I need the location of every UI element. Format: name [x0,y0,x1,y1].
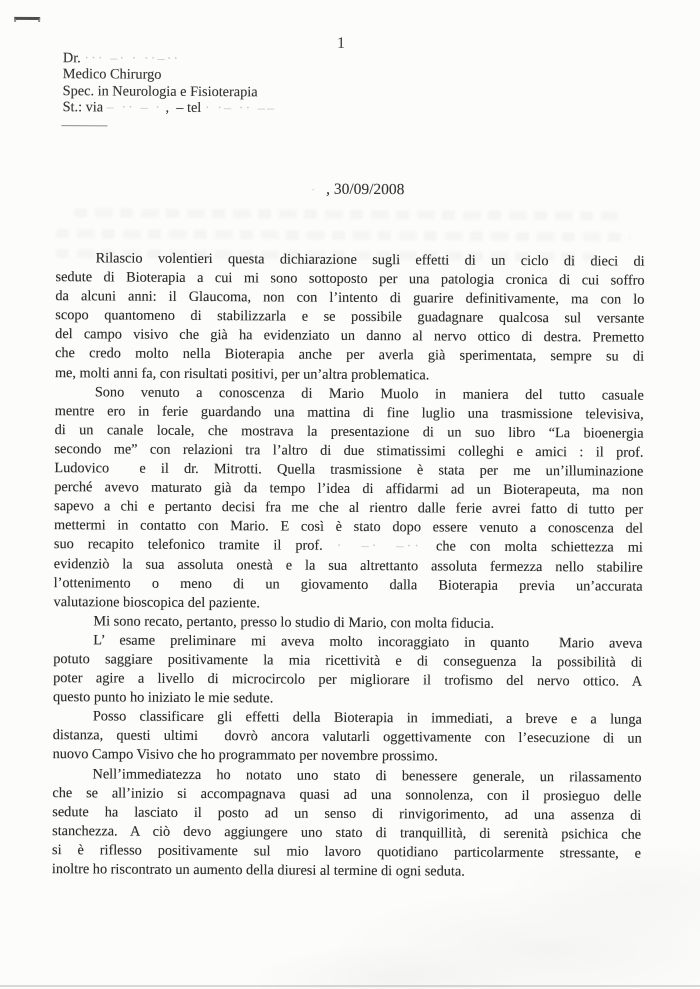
text-segment: suo recapito telefonico tramite il prof. [54,537,337,555]
text-segment: l’ottenimento o meno di un giovamento da… [54,575,643,595]
text-segment: evidenziò la sua assoluta onestà e la su… [54,556,643,576]
text-line: inoltre ho riscontrato un aumento della … [52,860,641,883]
scan-content: 1 Dr. ··· –· · ··–··Medico ChirurgoSpec.… [0,0,700,989]
text-segment: L’ esame preliminare mi aveva molto inco… [93,632,642,651]
text-segment: mentre ero in ferie guardando una mattin… [55,403,644,423]
text-segment: da alcuni anni: il Glaucoma, non con l’i… [55,288,644,308]
text-segment: Ludovico e il dr. Mitrotti. Quella trasm… [54,460,643,480]
paragraph: Posso classificare gli effetti della Bio… [53,707,642,768]
text-segment: di un canale locale, che mostrava la pre… [55,422,644,442]
text-line: Medico Chirurgo [63,66,277,84]
redacted-text: – ·· – · [107,99,162,115]
text-segment: questo punto ho iniziato le mie sedute. [53,689,273,706]
bleed-through-line [74,208,619,220]
text-segment: poter agire a livello di microcircolo pe… [53,670,642,690]
letterhead: Dr. ··· –· · ··–··Medico ChirurgoSpec. i… [63,50,277,116]
date-line: · , 30/09/2008 [311,181,404,200]
text-segment: me, molti anni fa, con risultati positiv… [55,365,429,383]
text-segment: Dr. [63,50,85,66]
text-segment: St.: via [63,99,107,115]
text-segment: potuto saggiare positivamente la mia ric… [53,651,642,671]
redacted-text: ··· –· · ··–·· [84,50,180,67]
paragraph: Rilascio volentieri questa dichiarazione… [55,249,645,386]
text-segment: che se all’inizio si accompagnava quasi … [52,785,641,805]
text-line: Dr. ··· –· · ··–·· [63,50,277,68]
body-text: Rilascio volentieri questa dichiarazione… [52,249,645,883]
text-segment: perché avevo maturato già da tempo l’ide… [54,479,643,499]
text-segment: sedute ha lasciato il posto ad un senso … [52,804,641,824]
paragraph: Sono venuto a conoscenza di Mario Muolo … [54,383,644,616]
redacted-text: · ·– ·· –– [205,100,276,116]
text-segment: stanchezza. A ciò devo aggiungere uno st… [52,823,641,843]
text-segment: Posso classificare gli effetti della Bio… [93,709,642,728]
text-segment: distanza, questi ultimi dovrò ancora val… [53,727,642,747]
redacted-city: · [311,183,326,197]
text-segment: secondo me” con relazioni tra l’altro di… [54,441,643,461]
text-segment: Sono venuto a conoscenza di Mario Muolo … [95,384,644,403]
text-segment: valutazione bioscopica del paziente. [54,594,261,611]
text-line: St.: via – ·· – · , – tel · ·– ·· –– [63,99,277,117]
text-segment: , – tel [162,100,205,116]
text-segment: mettermi in contatto con Mario. E così è… [54,517,643,537]
text-segment: che con molta schiettezza mi [422,539,643,556]
redacted-text: · –· –·· [337,538,422,555]
text-segment: Mi sono recato, pertanto, presso lo stud… [93,613,494,631]
scan-artifact-mark [14,17,40,22]
bleed-through-line [56,229,631,242]
text-segment: nuovo Campo Visivo che ho programmato pe… [53,747,438,765]
text-segment: che credo molto nella Bioterapia anche p… [55,346,644,366]
text-segment: inoltre ho riscontrato un aumento della … [52,861,465,880]
text-segment: Medico Chirurgo [63,66,162,83]
text-segment: sapevo a chi e pertanto decisi fra me ch… [54,498,643,518]
paragraph: Nell’immediatezza ho notato uno stato di… [52,765,642,883]
letterhead-underline [61,125,107,126]
paragraph: L’ esame preliminare mi aveva molto inco… [53,631,642,711]
text-segment: Nell’immediatezza ho notato uno stato di… [92,766,641,785]
scanned-letter-page: 1 Dr. ··· –· · ··–··Medico ChirurgoSpec.… [0,0,700,989]
text-segment: sedute di Bioterapia a cui mi sono sotto… [56,269,645,289]
text-segment: Rilascio volentieri questa dichiarazione… [96,250,645,269]
text-segment: del campo visivo che già ha evidenziato … [55,326,644,346]
text-segment: scopo quantomeno di stabilizzarla e se p… [55,307,644,327]
text-line: Spec. in Neurologia e Fisioterapia [63,83,277,101]
page-number: 1 [337,35,345,53]
text-segment: Spec. in Neurologia e Fisioterapia [63,83,258,100]
text-segment: si è riflesso positivamente sul mio lavo… [52,842,641,862]
date-text: , 30/09/2008 [326,181,404,198]
scan-bottom-edge [0,985,700,987]
